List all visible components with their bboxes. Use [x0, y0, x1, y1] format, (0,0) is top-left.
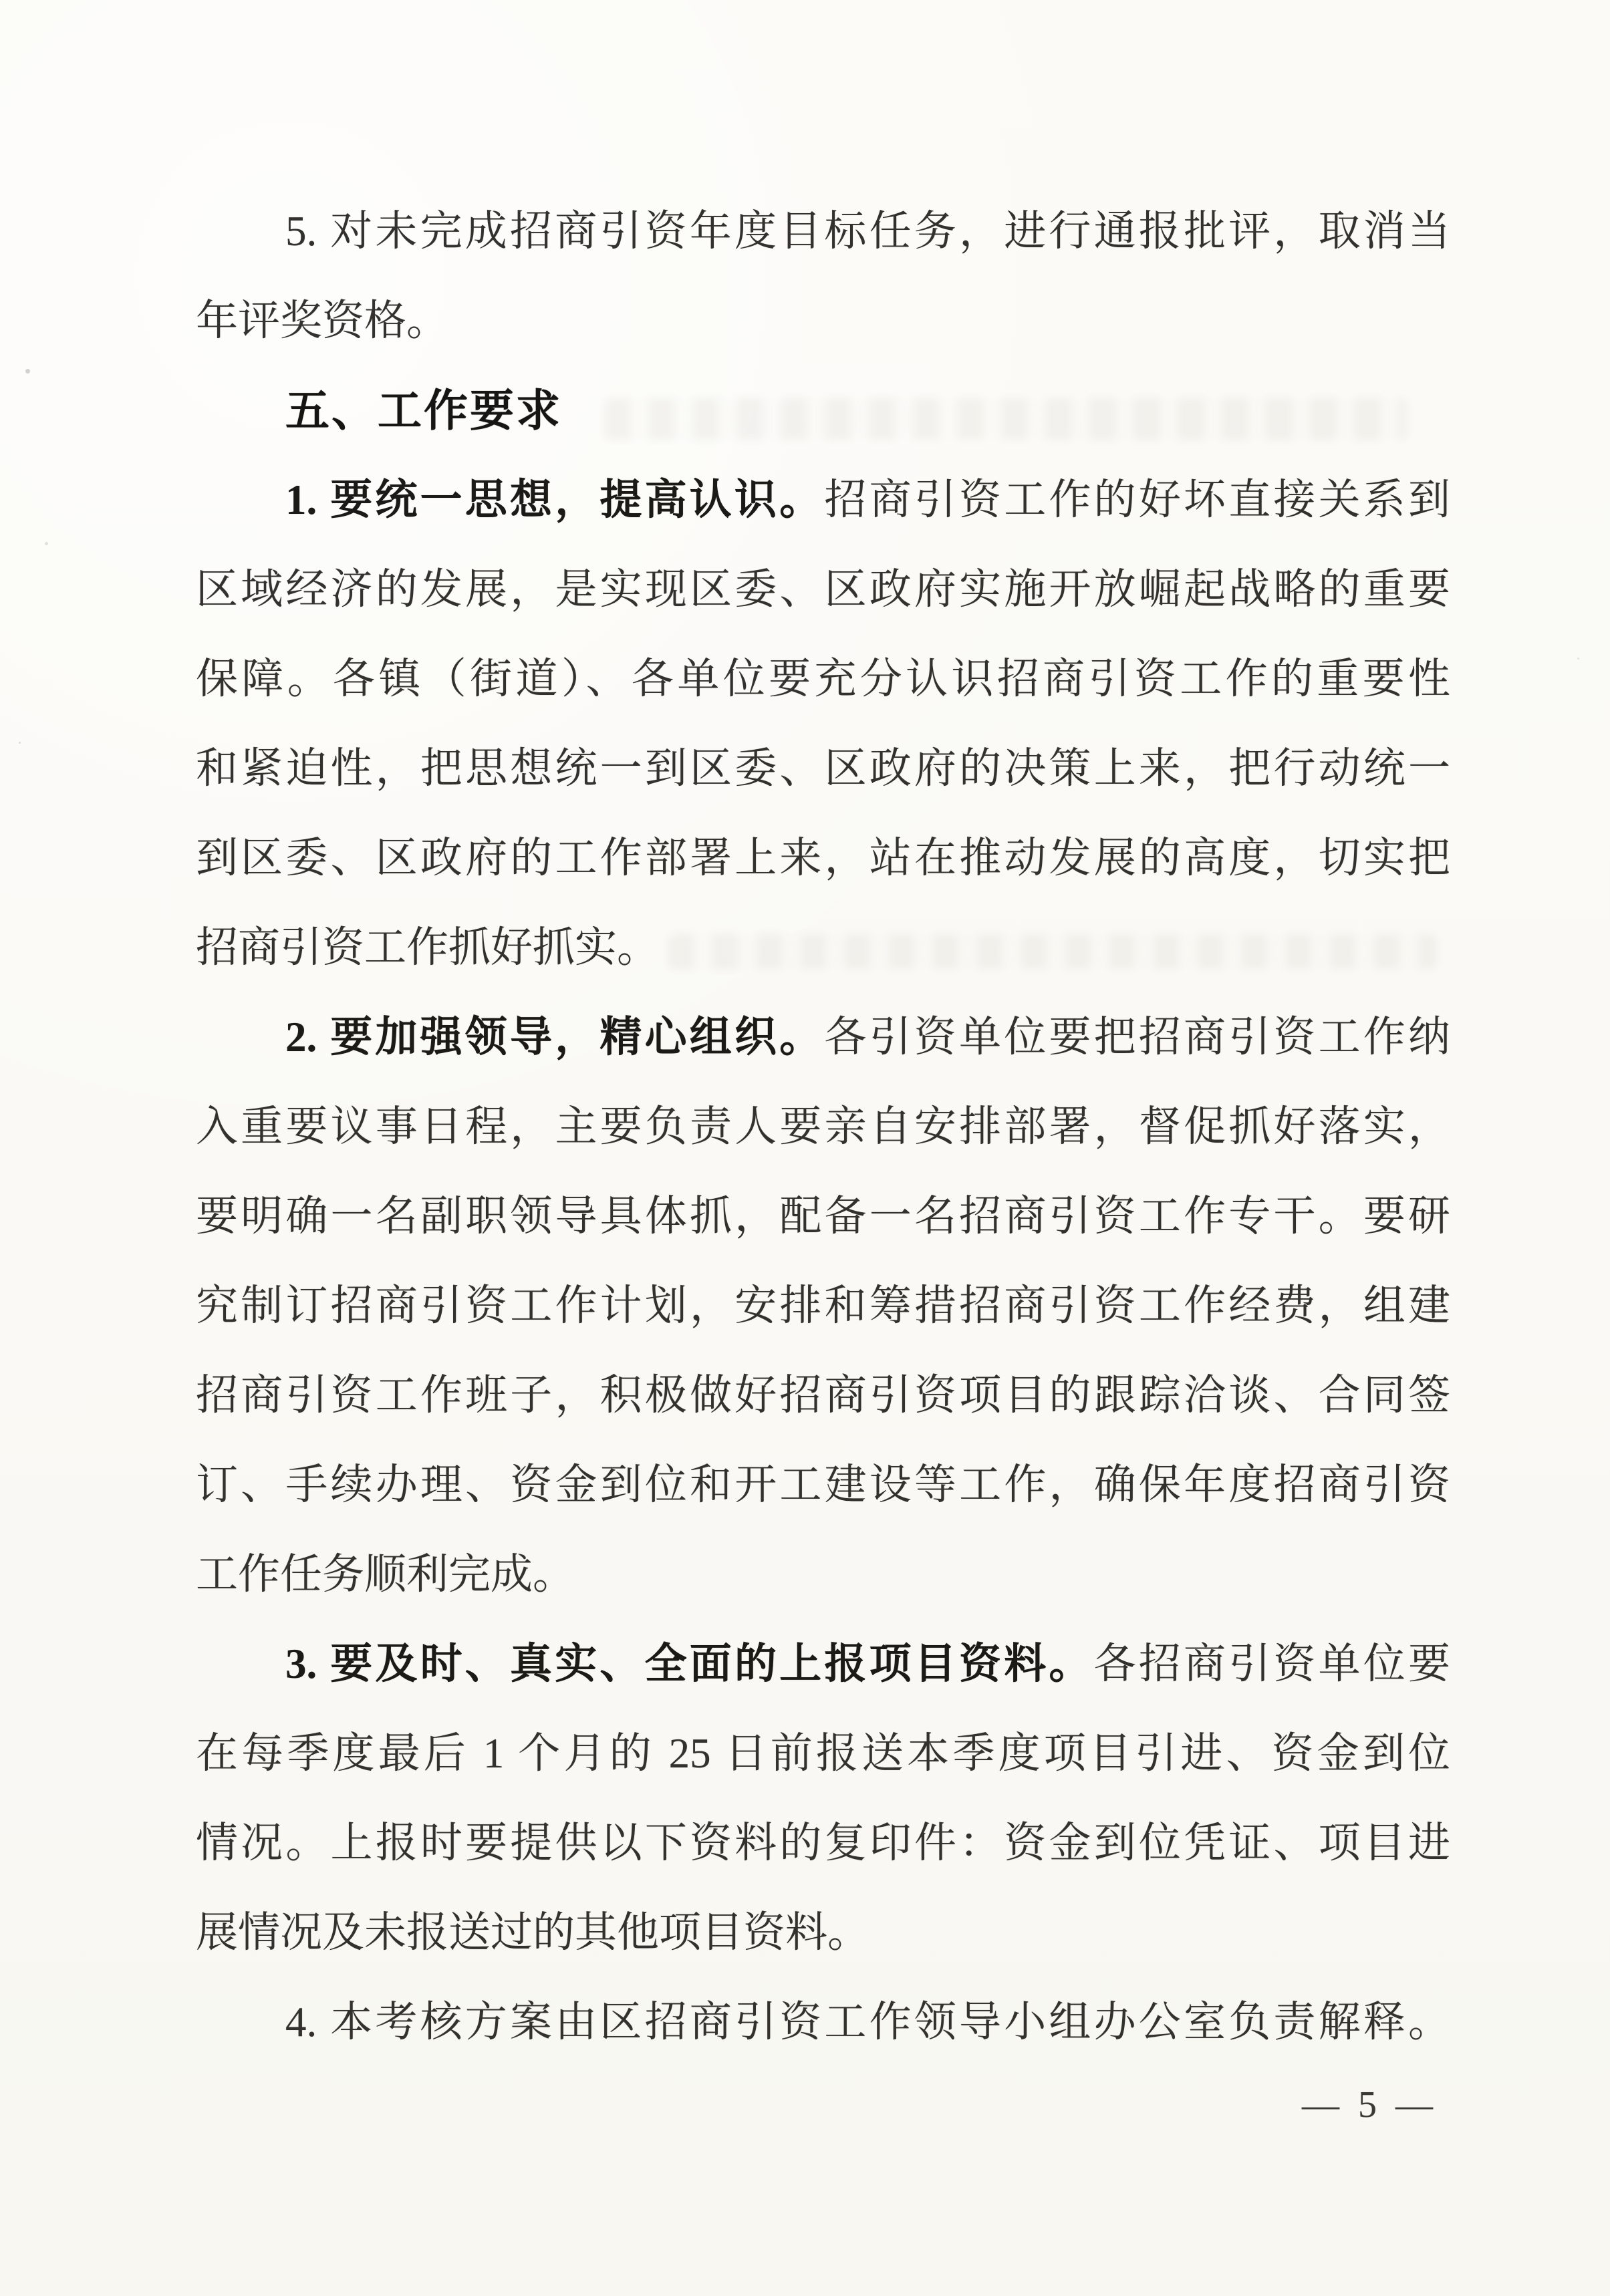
- line-text: 各招商引资单位要: [1094, 1640, 1450, 1687]
- line-text: 在每季度最后 1 个月的 25 日前报送本季度项目引进、资金到位: [196, 1730, 1450, 1777]
- line-text: 订、手续办理、资金到位和开工建设等工作，确保年度招商引资: [196, 1461, 1450, 1508]
- text-line: 到区委、区政府的工作部署上来，站在推动发展的高度，切实把: [196, 813, 1450, 903]
- line-text: 4. 本考核方案由区招商引资工作领导小组办公室负责解释。: [285, 1999, 1450, 2045]
- text-line: 在每季度最后 1 个月的 25 日前报送本季度项目引进、资金到位: [196, 1709, 1450, 1798]
- text-line: 招商引资工作抓好抓实。: [196, 903, 1450, 992]
- line-text: 区域经济的发展，是实现区委、区政府实施开放崛起战略的重要: [196, 566, 1450, 613]
- line-text: 和紧迫性，把思想统一到区委、区政府的决策上来，把行动统一: [196, 745, 1450, 792]
- line-text: 要明确一名副职领导具体抓，配备一名招商引资工作专干。要研: [196, 1193, 1450, 1240]
- text-line: 展情况及未报送过的其他项目资料。: [196, 1888, 1450, 1977]
- text-line: 要明确一名副职领导具体抓，配备一名招商引资工作专干。要研: [196, 1171, 1450, 1261]
- line-text: 各引资单位要把招商引资工作纳: [824, 1014, 1450, 1060]
- text-line: 招商引资工作班子，积极做好招商引资项目的跟踪洽谈、合同签: [196, 1350, 1450, 1440]
- line-text: 年评奖资格。: [196, 297, 448, 344]
- text-line: 和紧迫性，把思想统一到区委、区政府的决策上来，把行动统一: [196, 724, 1450, 813]
- line-text: 入重要议事日程，主要负责人要亲自安排部署，督促抓好落实，: [196, 1103, 1450, 1150]
- text-line: 工作任务顺利完成。: [196, 1530, 1450, 1619]
- section-heading: 五、工作要求: [196, 366, 1450, 455]
- text-line: 情况。上报时要提供以下资料的复印件：资金到位凭证、项目进: [196, 1798, 1450, 1888]
- text-line: 区域经济的发展，是实现区委、区政府实施开放崛起战略的重要: [196, 545, 1450, 634]
- bold-lead-in: 2. 要加强领导，精心组织。: [285, 1014, 824, 1060]
- bold-lead-in: 1. 要统一思想，提高认识。: [285, 476, 824, 523]
- heading-text: 五、工作要求: [285, 386, 562, 435]
- bold-lead-in: 3. 要及时、真实、全面的上报项目资料。: [285, 1640, 1094, 1687]
- text-line: 2. 要加强领导，精心组织。各引资单位要把招商引资工作纳: [196, 992, 1450, 1082]
- line-text: 招商引资工作班子，积极做好招商引资项目的跟踪洽谈、合同签: [196, 1372, 1450, 1419]
- text-line: 订、手续办理、资金到位和开工建设等工作，确保年度招商引资: [196, 1440, 1450, 1530]
- text-line: 年评奖资格。: [196, 276, 1450, 366]
- text-line: 1. 要统一思想，提高认识。招商引资工作的好坏直接关系到: [196, 455, 1450, 545]
- text-line: 4. 本考核方案由区招商引资工作领导小组办公室负责解释。: [196, 1977, 1450, 2067]
- line-text: 招商引资工作的好坏直接关系到: [824, 476, 1450, 523]
- line-text: 5. 对未完成招商引资年度目标任务，进行通报批评，取消当: [285, 208, 1450, 255]
- line-text: 招商引资工作抓好抓实。: [196, 924, 659, 971]
- text-line: 5. 对未完成招商引资年度目标任务，进行通报批评，取消当: [196, 186, 1450, 276]
- document-page: 5. 对未完成招商引资年度目标任务，进行通报批评，取消当 年评奖资格。 五、工作…: [0, 0, 1610, 2296]
- line-text: 展情况及未报送过的其他项目资料。: [196, 1909, 869, 1956]
- text-line: 3. 要及时、真实、全面的上报项目资料。各招商引资单位要: [196, 1619, 1450, 1709]
- text-line: 究制订招商引资工作计划，安排和筹措招商引资工作经费，组建: [196, 1261, 1450, 1350]
- scan-dust-speck: [25, 369, 30, 374]
- line-text: 保障。各镇（街道）、各单位要充分认识招商引资工作的重要性: [196, 656, 1450, 702]
- text-line: 保障。各镇（街道）、各单位要充分认识招商引资工作的重要性: [196, 634, 1450, 724]
- line-text: 工作任务顺利完成。: [196, 1551, 575, 1598]
- page-number: — 5 —: [1302, 2084, 1476, 2126]
- document-body: 5. 对未完成招商引资年度目标任务，进行通报批评，取消当 年评奖资格。 五、工作…: [196, 186, 1450, 2067]
- line-text: 到区委、区政府的工作部署上来，站在推动发展的高度，切实把: [196, 835, 1450, 881]
- line-text: 情况。上报时要提供以下资料的复印件：资金到位凭证、项目进: [196, 1820, 1450, 1866]
- line-text: 究制订招商引资工作计划，安排和筹措招商引资工作经费，组建: [196, 1282, 1450, 1329]
- text-line: 入重要议事日程，主要负责人要亲自安排部署，督促抓好落实，: [196, 1082, 1450, 1171]
